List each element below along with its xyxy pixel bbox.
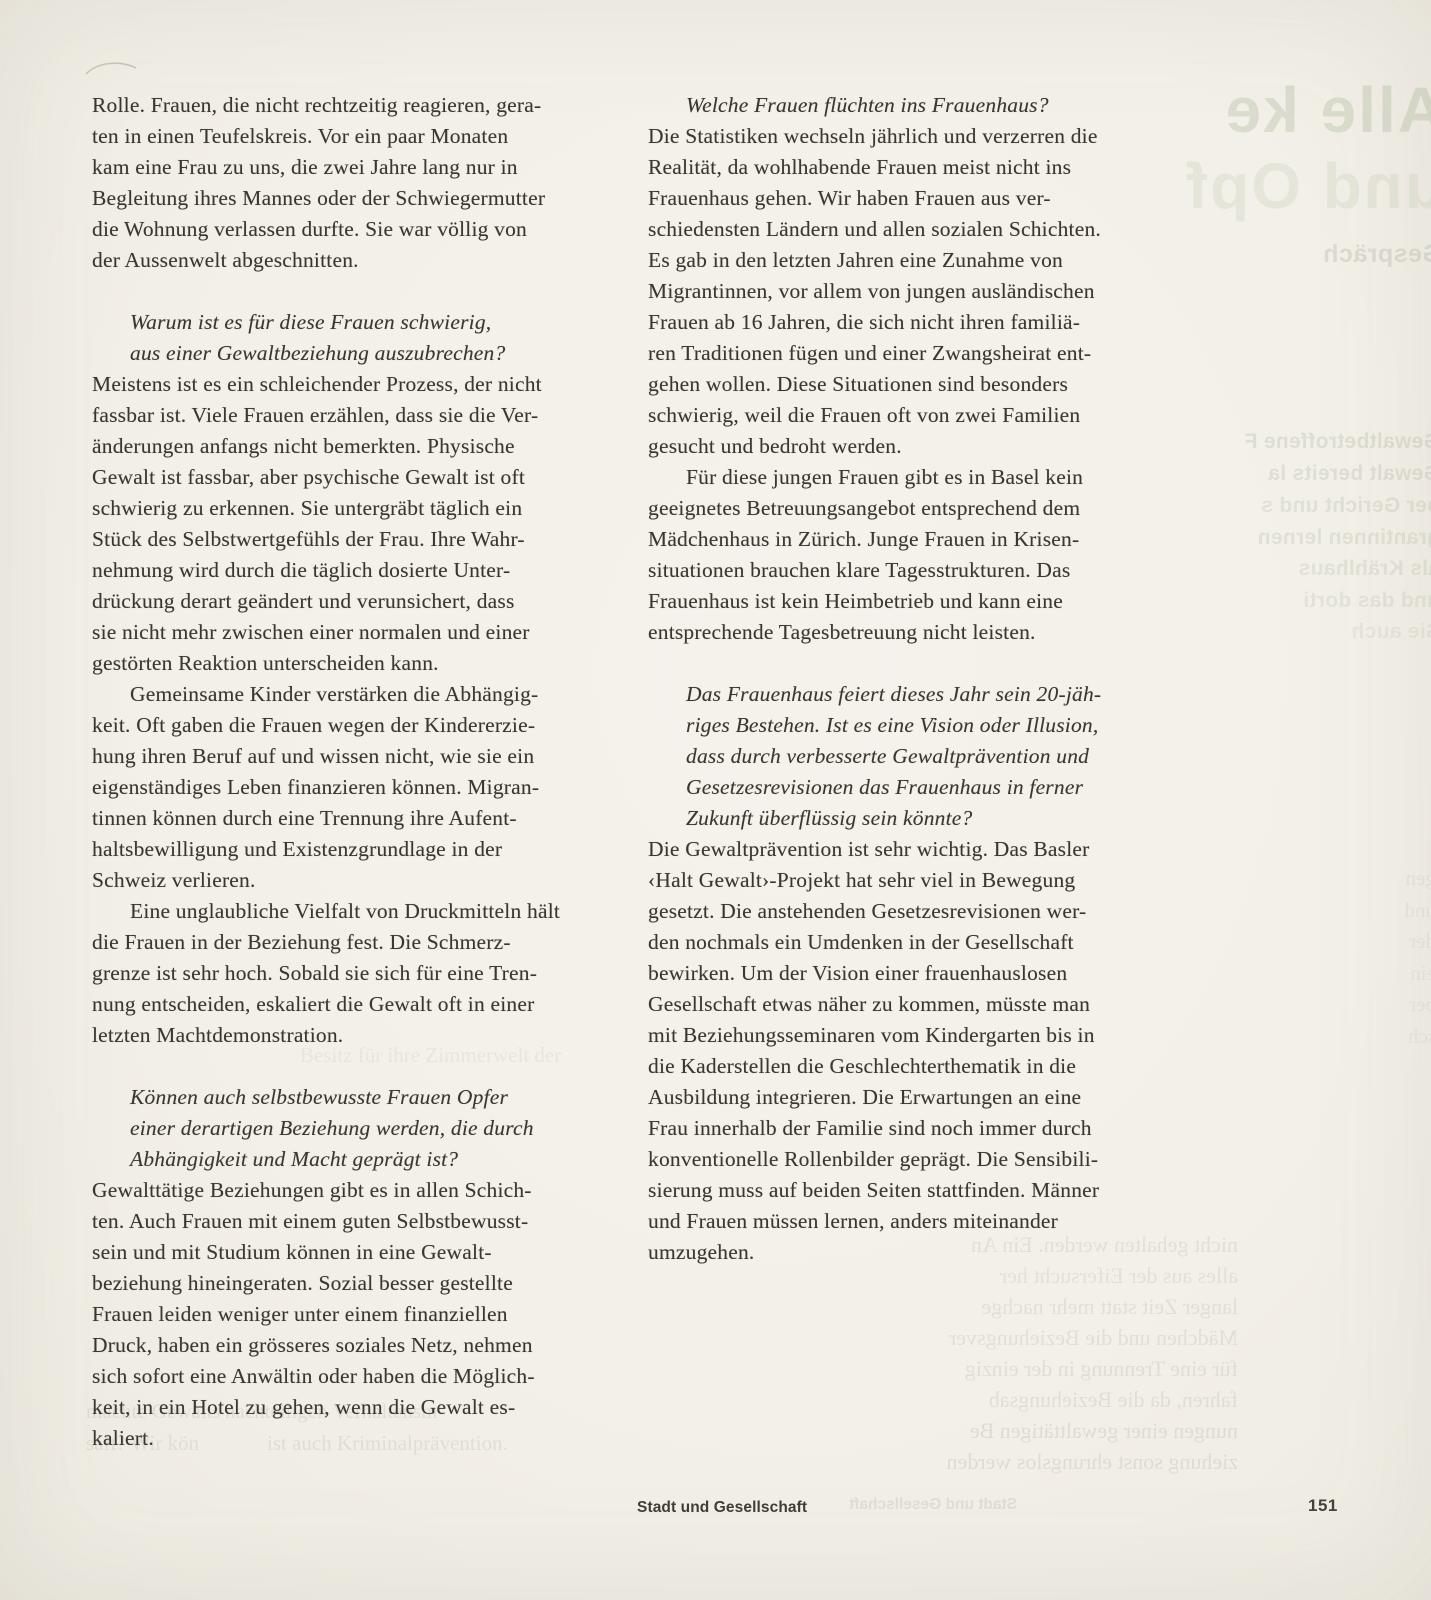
text-line: Die Statistiken wechseln jährlich und ve… bbox=[648, 121, 1101, 152]
interview-question: Warum ist es für diese Frauen schwierig,… bbox=[92, 307, 560, 369]
interview-question: Können auch selbstbewusste Frauen Opfere… bbox=[92, 1082, 560, 1175]
footer-section-label: Stadt und Gesellschaft bbox=[637, 1499, 807, 1517]
text-line: sein und mit Studium können in eine Gewa… bbox=[92, 1237, 560, 1268]
text-line: Gemeinsame Kinder verstärken die Abhängi… bbox=[92, 679, 560, 710]
text-line: grenze ist sehr hoch. Sobald sie sich fü… bbox=[92, 958, 560, 989]
ghost-footer-mirror: Stadt und Gesellschaft bbox=[117, 1496, 1017, 1514]
text-line: Für diese jungen Frauen gibt es in Basel… bbox=[648, 462, 1101, 493]
text-line: Frauen ab 16 Jahren, die sich nicht ihre… bbox=[648, 307, 1101, 338]
text-line: eigenständiges Leben finanzieren können.… bbox=[92, 772, 560, 803]
paragraph: Gewalttätige Beziehungen gibt es in alle… bbox=[92, 1175, 560, 1454]
text-line: Realität, da wohlhabende Frauen meist ni… bbox=[648, 152, 1101, 183]
text-line: Druck, haben ein grösseres soziales Netz… bbox=[92, 1330, 560, 1361]
text-line: konventionelle Rollenbilder geprägt. Die… bbox=[648, 1144, 1101, 1175]
text-line: Zukunft überflüssig sein könnte? bbox=[648, 803, 1101, 834]
text-line: geeignetes Betreuungsangebot entsprechen… bbox=[648, 493, 1101, 524]
text-line: Frau innerhalb der Familie sind noch imm… bbox=[648, 1113, 1101, 1144]
text-line: Gesellschaft etwas näher zu kommen, müss… bbox=[648, 989, 1101, 1020]
text-line: hung ihren Beruf auf und wissen nicht, w… bbox=[92, 741, 560, 772]
footer-page-number: 151 bbox=[1308, 1496, 1338, 1516]
text-line: Frauen leiden weniger unter einem finanz… bbox=[92, 1299, 560, 1330]
text-line: Begleitung ihres Mannes oder der Schwieg… bbox=[92, 183, 560, 214]
text-line: kam eine Frau zu uns, die zwei Jahre lan… bbox=[92, 152, 560, 183]
text-line: beziehung hineingeraten. Sozial besser g… bbox=[92, 1268, 560, 1299]
scanned-document-page: Alle keund OpfGesprächGewaltbetroffene F… bbox=[0, 0, 1431, 1600]
text-line: bewirken. Um der Vision einer frauenhaus… bbox=[648, 958, 1101, 989]
text-line: mit Beziehungsseminaren vom Kindergarten… bbox=[648, 1020, 1101, 1051]
paragraph: Gemeinsame Kinder verstärken die Abhängi… bbox=[92, 679, 560, 896]
text-line: und Frauen müssen lernen, anders miteina… bbox=[648, 1206, 1101, 1237]
text-line: Meistens ist es ein schleichender Prozes… bbox=[92, 369, 560, 400]
text-line: Es gab in den letzten Jahren eine Zunahm… bbox=[648, 245, 1101, 276]
text-line: Können auch selbstbewusste Frauen Opfer bbox=[92, 1082, 560, 1113]
text-line: der Aussenwelt abgeschnitten. bbox=[92, 245, 560, 276]
text-line: Warum ist es für diese Frauen schwierig, bbox=[92, 307, 560, 338]
text-line: ren Traditionen fügen und einer Zwangshe… bbox=[648, 338, 1101, 369]
text-line: Gesetzesrevisionen das Frauenhaus in fer… bbox=[648, 772, 1101, 803]
text-line: keit. Oft gaben die Frauen wegen der Kin… bbox=[92, 710, 560, 741]
text-line: Frauenhaus gehen. Wir haben Frauen aus v… bbox=[648, 183, 1101, 214]
text-line: die Wohnung verlassen durfte. Sie war vö… bbox=[92, 214, 560, 245]
paragraph: Für diese jungen Frauen gibt es in Basel… bbox=[648, 462, 1101, 648]
text-line: umzugehen. bbox=[648, 1237, 1101, 1268]
text-line: fassbar ist. Viele Frauen erzählen, dass… bbox=[92, 400, 560, 431]
text-line: die Kaderstellen die Geschlechterthemati… bbox=[648, 1051, 1101, 1082]
text-line: nung entscheiden, eskaliert die Gewalt o… bbox=[92, 989, 560, 1020]
column-left: Rolle. Frauen, die nicht rechtzeitig rea… bbox=[92, 90, 560, 1454]
text-line: kaliert. bbox=[92, 1423, 560, 1454]
text-line: Gewalttätige Beziehungen gibt es in alle… bbox=[92, 1175, 560, 1206]
text-line: haltsbewilligung und Existenzgrundlage i… bbox=[92, 834, 560, 865]
paragraph: Meistens ist es ein schleichender Prozes… bbox=[92, 369, 560, 679]
text-line: Stück des Selbstwertgefühls der Frau. Ih… bbox=[92, 524, 560, 555]
text-line: Migrantinnen, vor allem von jungen auslä… bbox=[648, 276, 1101, 307]
text-line: riges Bestehen. Ist es eine Vision oder … bbox=[648, 710, 1101, 741]
text-line: Frauenhaus ist kein Heimbetrieb und kann… bbox=[648, 586, 1101, 617]
text-line: aus einer Gewaltbeziehung auszubrechen? bbox=[92, 338, 560, 369]
text-line: dass durch verbesserte Gewaltprävention … bbox=[648, 741, 1101, 772]
text-line: gehen wollen. Diese Situationen sind bes… bbox=[648, 369, 1101, 400]
text-line: änderungen anfangs nicht bemerkten. Phys… bbox=[92, 431, 560, 462]
text-line: ten in einen Teufelskreis. Vor ein paar … bbox=[92, 121, 560, 152]
scan-hairline-artifact bbox=[82, 58, 142, 82]
text-line: Gewalt ist fassbar, aber psychische Gewa… bbox=[92, 462, 560, 493]
paragraph: Eine unglaubliche Vielfalt von Druckmitt… bbox=[92, 896, 560, 1051]
text-line: den nochmals ein Umdenken in der Gesells… bbox=[648, 927, 1101, 958]
text-line: ‹Halt Gewalt›-Projekt hat sehr viel in B… bbox=[648, 865, 1101, 896]
text-line: sierung muss auf beiden Seiten stattfind… bbox=[648, 1175, 1101, 1206]
text-line: nehmung wird durch die täglich dosierte … bbox=[92, 555, 560, 586]
column-right: Welche Frauen flüchten ins Frauenhaus?Di… bbox=[648, 90, 1101, 1268]
text-line: Das Frauenhaus feiert dieses Jahr sein 2… bbox=[648, 679, 1101, 710]
interview-question: Welche Frauen flüchten ins Frauenhaus? bbox=[648, 90, 1101, 121]
text-line: situationen brauchen klare Tagesstruktur… bbox=[648, 555, 1101, 586]
text-line: Welche Frauen flüchten ins Frauenhaus? bbox=[648, 90, 1101, 121]
text-line: Mädchenhaus in Zürich. Junge Frauen in K… bbox=[648, 524, 1101, 555]
text-line: entsprechende Tagesbetreuung nicht leist… bbox=[648, 617, 1101, 648]
text-line: Eine unglaubliche Vielfalt von Druckmitt… bbox=[92, 896, 560, 927]
text-line: gestörten Reaktion unterscheiden kann. bbox=[92, 648, 560, 679]
text-line: schwierig zu erkennen. Sie untergräbt tä… bbox=[92, 493, 560, 524]
paragraph: Die Statistiken wechseln jährlich und ve… bbox=[648, 121, 1101, 462]
text-line: Rolle. Frauen, die nicht rechtzeitig rea… bbox=[92, 90, 560, 121]
text-line: schiedensten Ländern und allen sozialen … bbox=[648, 214, 1101, 245]
text-line: ten. Auch Frauen mit einem guten Selbstb… bbox=[92, 1206, 560, 1237]
text-line: keit, in ein Hotel zu gehen, wenn die Ge… bbox=[92, 1392, 560, 1423]
paragraph: Die Gewaltprävention ist sehr wichtig. D… bbox=[648, 834, 1101, 1268]
text-line: schwierig, weil die Frauen oft von zwei … bbox=[648, 400, 1101, 431]
text-line: Abhängigkeit und Macht geprägt ist? bbox=[92, 1144, 560, 1175]
text-line: Die Gewaltprävention ist sehr wichtig. D… bbox=[648, 834, 1101, 865]
text-line: letzten Machtdemonstration. bbox=[92, 1020, 560, 1051]
text-line: gesetzt. Die anstehenden Gesetzesrevisio… bbox=[648, 896, 1101, 927]
text-line: Ausbildung integrieren. Die Erwartungen … bbox=[648, 1082, 1101, 1113]
text-line: die Frauen in der Beziehung fest. Die Sc… bbox=[92, 927, 560, 958]
text-line: tinnen können durch eine Trennung ihre A… bbox=[92, 803, 560, 834]
paragraph: Rolle. Frauen, die nicht rechtzeitig rea… bbox=[92, 90, 560, 276]
interview-question: Das Frauenhaus feiert dieses Jahr sein 2… bbox=[648, 679, 1101, 834]
text-line: gesucht und bedroht werden. bbox=[648, 431, 1101, 462]
text-line: sie nicht mehr zwischen einer normalen u… bbox=[92, 617, 560, 648]
text-line: sich sofort eine Anwältin oder haben die… bbox=[92, 1361, 560, 1392]
text-line: Schweiz verlieren. bbox=[92, 865, 560, 896]
text-line: drückung derart geändert und verunsicher… bbox=[92, 586, 560, 617]
text-line: einer derartigen Beziehung werden, die d… bbox=[92, 1113, 560, 1144]
